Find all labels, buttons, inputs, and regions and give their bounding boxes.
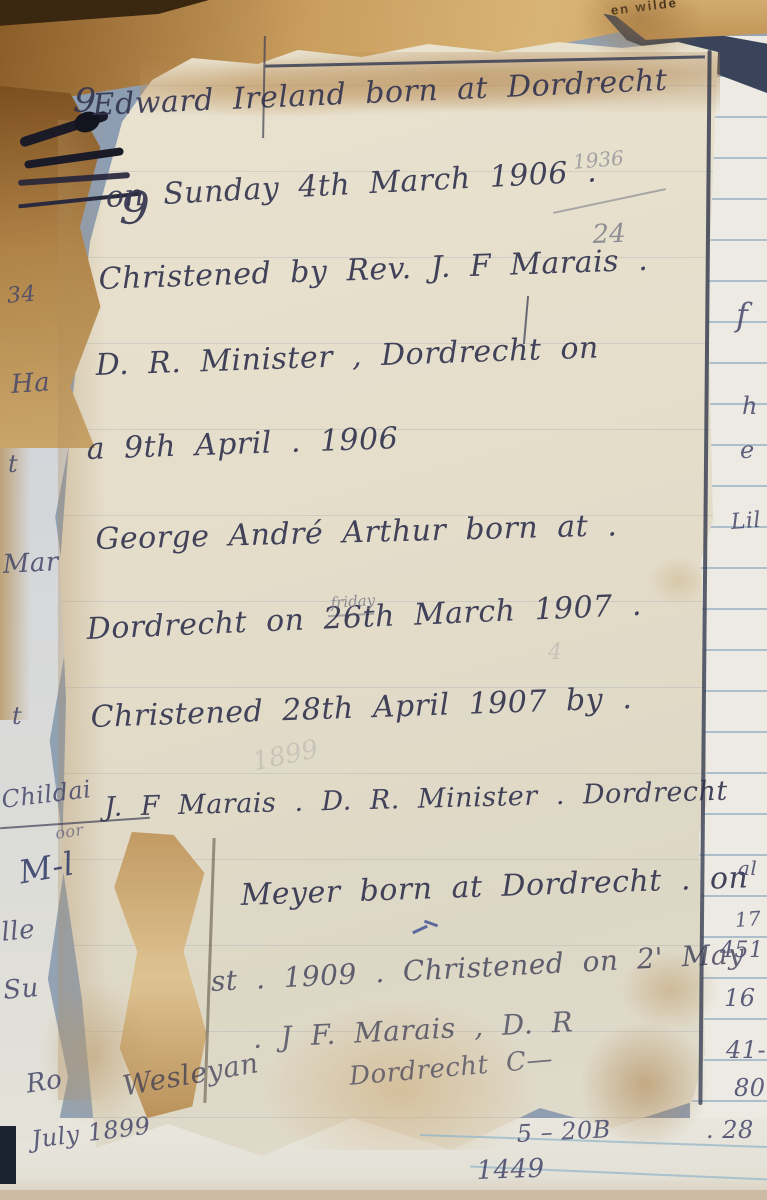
scribble-stroke — [24, 147, 124, 169]
pencil-annotation: 1936 — [572, 146, 625, 174]
pencil-ghost: 4 — [548, 640, 562, 665]
margin-fragment: oor — [54, 820, 85, 843]
margin-fragment: Lil — [730, 508, 762, 535]
margin-fragment: e — [740, 436, 755, 464]
margin-fragment: . 28 — [706, 1116, 754, 1144]
margin-fragment: t — [8, 450, 18, 478]
margin-fragment: f — [736, 296, 748, 334]
pencil-annotation: 24 — [592, 219, 626, 250]
dark-corner-block — [0, 1126, 16, 1184]
margin-fragment: Su — [2, 973, 40, 1006]
photo-of-handwritten-baptism-record: en wilde Edward Ireland born at Dordrech… — [0, 0, 767, 1200]
margin-fragment: al — [738, 856, 757, 880]
margin-fragment: 17 — [734, 906, 762, 932]
margin-fragment: 5 – 20B — [516, 1115, 612, 1148]
flourish: 9 — [72, 80, 98, 122]
margin-fragment: 34 — [6, 281, 37, 308]
margin-fragment: 16 — [724, 984, 756, 1012]
margin-fragment: h — [742, 392, 758, 420]
margin-fragment: Ro — [24, 1064, 64, 1099]
margin-fragment: Mar — [2, 547, 60, 580]
margin-fragment: lle — [0, 914, 36, 947]
margin-fragment: t — [12, 702, 22, 730]
table-edge-strip — [0, 1190, 767, 1200]
pencil-annotation: friday — [330, 591, 376, 612]
margin-fragment: 41- — [726, 1036, 766, 1064]
margin-fragment: 80 — [734, 1074, 766, 1102]
margin-fragment: Ha — [10, 367, 51, 400]
margin-fragment: 451 — [720, 938, 764, 963]
margin-fragment: 1449 — [476, 1154, 545, 1186]
flourish: 9 — [118, 180, 151, 236]
